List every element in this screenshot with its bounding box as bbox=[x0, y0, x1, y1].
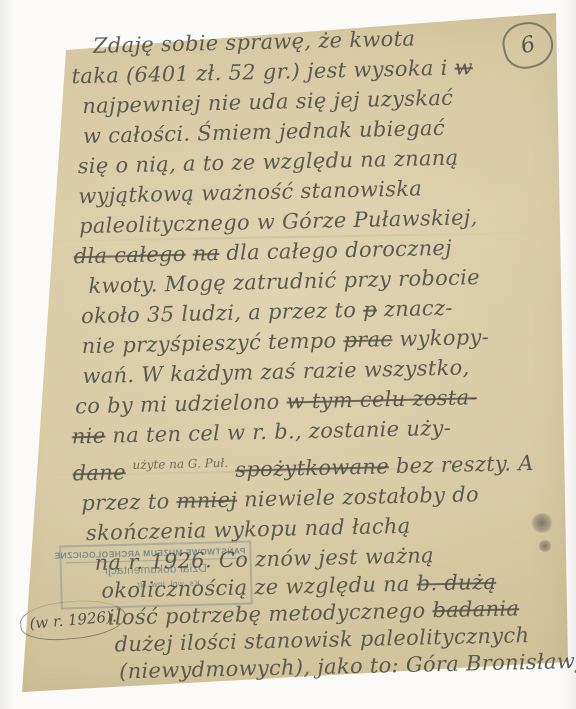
text-segment: znacz- bbox=[377, 296, 453, 322]
struck-text-segment: w tym celu zosta- bbox=[286, 385, 477, 413]
text-segment: wyjątkową ważność stanowiska bbox=[78, 176, 422, 208]
text-segment: skończenia wykopu nad łachą bbox=[86, 514, 411, 545]
text-segment: około 35 ludzi, a przez to bbox=[81, 298, 364, 328]
struck-text-segment: mniej bbox=[176, 488, 237, 513]
struck-text-segment: na bbox=[192, 241, 219, 266]
pencil-smudge bbox=[538, 540, 552, 552]
page-number: 6 bbox=[518, 31, 538, 59]
text-segment: nie przyśpieszyć tempo bbox=[82, 328, 344, 358]
struck-text-segment: p bbox=[363, 297, 377, 321]
struck-text-segment: prac bbox=[343, 327, 393, 352]
margin-note-text: (w r. 1926). bbox=[29, 607, 118, 633]
struck-text-segment: w bbox=[454, 55, 473, 79]
pencil-smudge bbox=[531, 513, 553, 533]
struck-text-segment: spożytkowane bbox=[235, 454, 389, 481]
struck-text-segment: badania bbox=[432, 596, 519, 622]
text-segment: dla całego dorocznej bbox=[219, 236, 452, 265]
text-segment: bez reszty. A bbox=[389, 451, 534, 478]
struck-text-segment: dane bbox=[72, 460, 126, 485]
struck-text-segment: nie bbox=[72, 424, 106, 449]
struck-text-segment: b. dużą bbox=[416, 570, 496, 596]
struck-text-segment: dla całego bbox=[73, 242, 185, 269]
text-segment: na r. 1926. Co znów jest ważną bbox=[94, 543, 434, 575]
inserted-text-segment: użyte na G. Puł. bbox=[132, 456, 228, 472]
text-segment: na ten cel w r. b., zostanie uży- bbox=[105, 416, 451, 448]
text-segment: niewiele zostałoby do bbox=[237, 482, 479, 511]
text-segment: co by mi udzielono bbox=[75, 390, 287, 419]
text-segment: wykopy- bbox=[392, 325, 489, 351]
manuscript-lines: Zdaję sobie sprawę, że kwotataka (6401 z… bbox=[63, 21, 556, 687]
text-segment: przez to bbox=[81, 489, 177, 515]
text-segment: Zdaję sobie sprawę, że kwota bbox=[93, 27, 416, 58]
